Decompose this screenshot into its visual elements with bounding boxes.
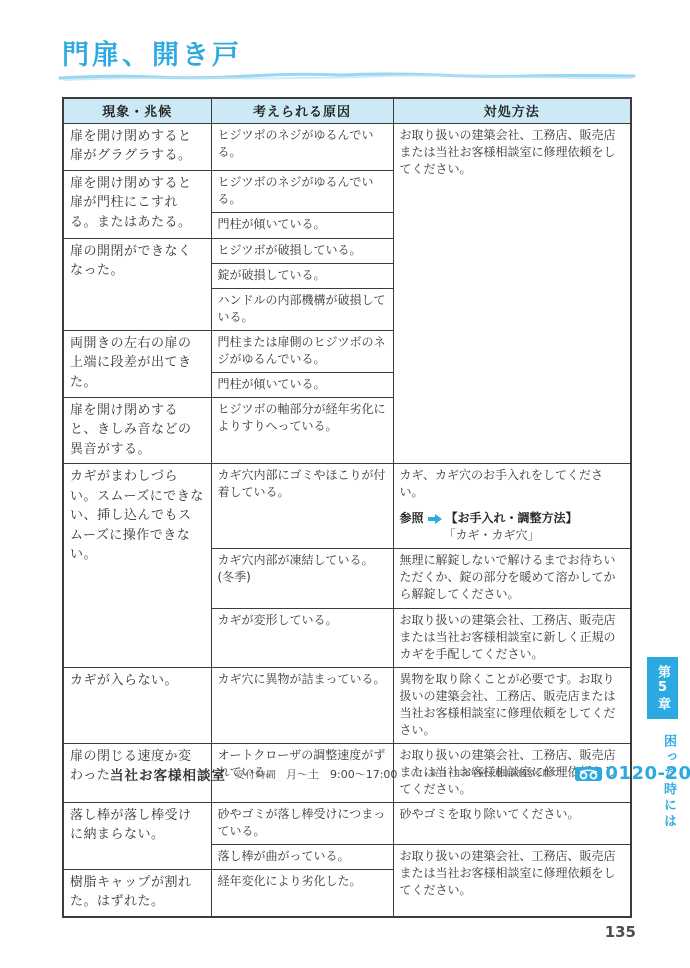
- reference-sub: 「カギ・カギ穴」: [444, 527, 625, 544]
- hours-value: 月～土 9:00～17:00: [286, 766, 397, 782]
- table-row: カギがまわしづらい。スムーズにできない、挿し込んでもスムーズに操作できない。 カ…: [63, 464, 631, 549]
- phenomenon-cell: 樹脂キャップが割れた。はずれた。: [63, 869, 211, 917]
- phenomenon-cell: 両開きの左右の扉の上端に段差が出てきた。: [63, 330, 211, 397]
- solution-cell: 無理に解錠しないで解けるまでお待ちいただくか、錠の部分を暖めて溶かしてから解錠し…: [393, 549, 631, 608]
- cause-cell: ヒジツボの軸部分が経年劣化によりすりへっている。: [211, 397, 393, 464]
- phenomenon-cell: 扉の開閉ができなくなった。: [63, 238, 211, 330]
- phenomenon-cell: 扉を開け閉めすると、きしみ音などの異音がする。: [63, 397, 211, 464]
- header-cause: 考えられる原因: [211, 98, 393, 123]
- page-number: 135: [592, 923, 636, 941]
- cause-cell: 門柱が傾いている。: [211, 372, 393, 397]
- freedial-icon: [575, 766, 602, 782]
- table-row: 落し棒が落し棒受けに納まらない。 砂やゴミが落し棒受けにつまっている。 砂やゴミ…: [63, 802, 631, 844]
- table-header-row: 現象・兆候 考えられる原因 対処方法: [63, 98, 631, 123]
- page-title: 門扉、開き戸: [62, 33, 242, 72]
- chapter-tab: 第5章: [647, 657, 678, 719]
- hours-label: 受付時間: [235, 767, 277, 781]
- phenomenon-cell: 扉を開け閉めすると扉がグラグラする。: [63, 123, 211, 170]
- solution-cell: カギ、カギ穴のお手入れをしてください。 参照 【お手入れ・調整方法】 「カギ・カ…: [393, 464, 631, 549]
- cause-cell: カギ穴内部が凍結している。(冬季): [211, 549, 393, 608]
- reference-label: 参照: [400, 510, 424, 527]
- cause-cell: カギ穴内部にゴミやほこりが付着している。: [211, 464, 393, 549]
- reference-arrow-icon: [428, 514, 442, 524]
- header-phenomenon: 現象・兆候: [63, 98, 211, 123]
- cause-cell: ハンドルの内部機構が破損している。: [211, 288, 393, 330]
- hours-note: （日・祝日・年末年始・夏期休暇等を除く）: [406, 768, 566, 779]
- hand-drawn-underline: [58, 70, 636, 82]
- phenomenon-cell: 落し棒が落し棒受けに納まらない。: [63, 802, 211, 869]
- cause-cell: 錠が破損している。: [211, 263, 393, 288]
- solution-cell: 異物を取り除くことが必要です。お取り扱いの建築会社、工務店、販売店または当社お客…: [393, 667, 631, 743]
- solution-cell: お取り扱いの建築会社、工務店、販売店または当社お客様相談室に修理依頼をしてくださ…: [393, 844, 631, 917]
- troubleshooting-table: 現象・兆候 考えられる原因 対処方法 扉を開け閉めすると扉がグラグラする。 ヒジ…: [62, 97, 632, 918]
- solution-cell: 砂やゴミを取り除いてください。: [393, 802, 631, 844]
- cause-cell: 門柱または扉側のヒジツボのネジがゆるんでいる。: [211, 330, 393, 372]
- phenomenon-cell: カギがまわしづらい。スムーズにできない、挿し込んでもスムーズに操作できない。: [63, 464, 211, 667]
- cause-cell: カギが変形している。: [211, 608, 393, 667]
- cause-cell: 落し棒が曲がっている。: [211, 844, 393, 869]
- reference-line: 参照 【お手入れ・調整方法】: [400, 510, 625, 527]
- cause-cell: 砂やゴミが落し棒受けにつまっている。: [211, 802, 393, 844]
- phenomenon-cell: カギが入らない。: [63, 667, 211, 743]
- manual-page: 門扉、開き戸 現象・兆候 考えられる原因 対処方法 扉を開け閉めすると扉がグラグ…: [0, 0, 690, 968]
- cause-cell: カギ穴に異物が詰まっている。: [211, 667, 393, 743]
- reference-title: 【お手入れ・調整方法】: [446, 510, 578, 527]
- chapter-side-label: 困った時には: [647, 727, 678, 837]
- table-row: カギが入らない。 カギ穴に異物が詰まっている。 異物を取り除くことが必要です。お…: [63, 667, 631, 743]
- contact-label: 当社お客様相談室: [110, 764, 226, 784]
- solution-cell: お取り扱いの建築会社、工務店、販売店または当社お客様相談室に修理依頼をしてくださ…: [393, 123, 631, 464]
- cause-cell: ヒジツボが破損している。: [211, 238, 393, 263]
- cause-cell: 経年変化により劣化した。: [211, 869, 393, 917]
- solution-cell: お取り扱いの建築会社、工務店、販売店または当社お客様相談室に新しく正規のカギを手…: [393, 608, 631, 667]
- header-solution: 対処方法: [393, 98, 631, 123]
- contact-footer: 当社お客様相談室 受付時間 月～土 9:00～17:00 （日・祝日・年末年始・…: [110, 763, 690, 784]
- cause-cell: 門柱が傾いている。: [211, 212, 393, 238]
- table-row: 扉を開け閉めすると扉がグラグラする。 ヒジツボのネジがゆるんでいる。 お取り扱い…: [63, 123, 631, 170]
- cause-cell: ヒジツボのネジがゆるんでいる。: [211, 123, 393, 170]
- phenomenon-cell: 扉を開け閉めすると扉が門柱にこすれる。またはあたる。: [63, 170, 211, 238]
- solution-text: カギ、カギ穴のお手入れをしてください。: [400, 467, 625, 501]
- cause-cell: ヒジツボのネジがゆるんでいる。: [211, 170, 393, 212]
